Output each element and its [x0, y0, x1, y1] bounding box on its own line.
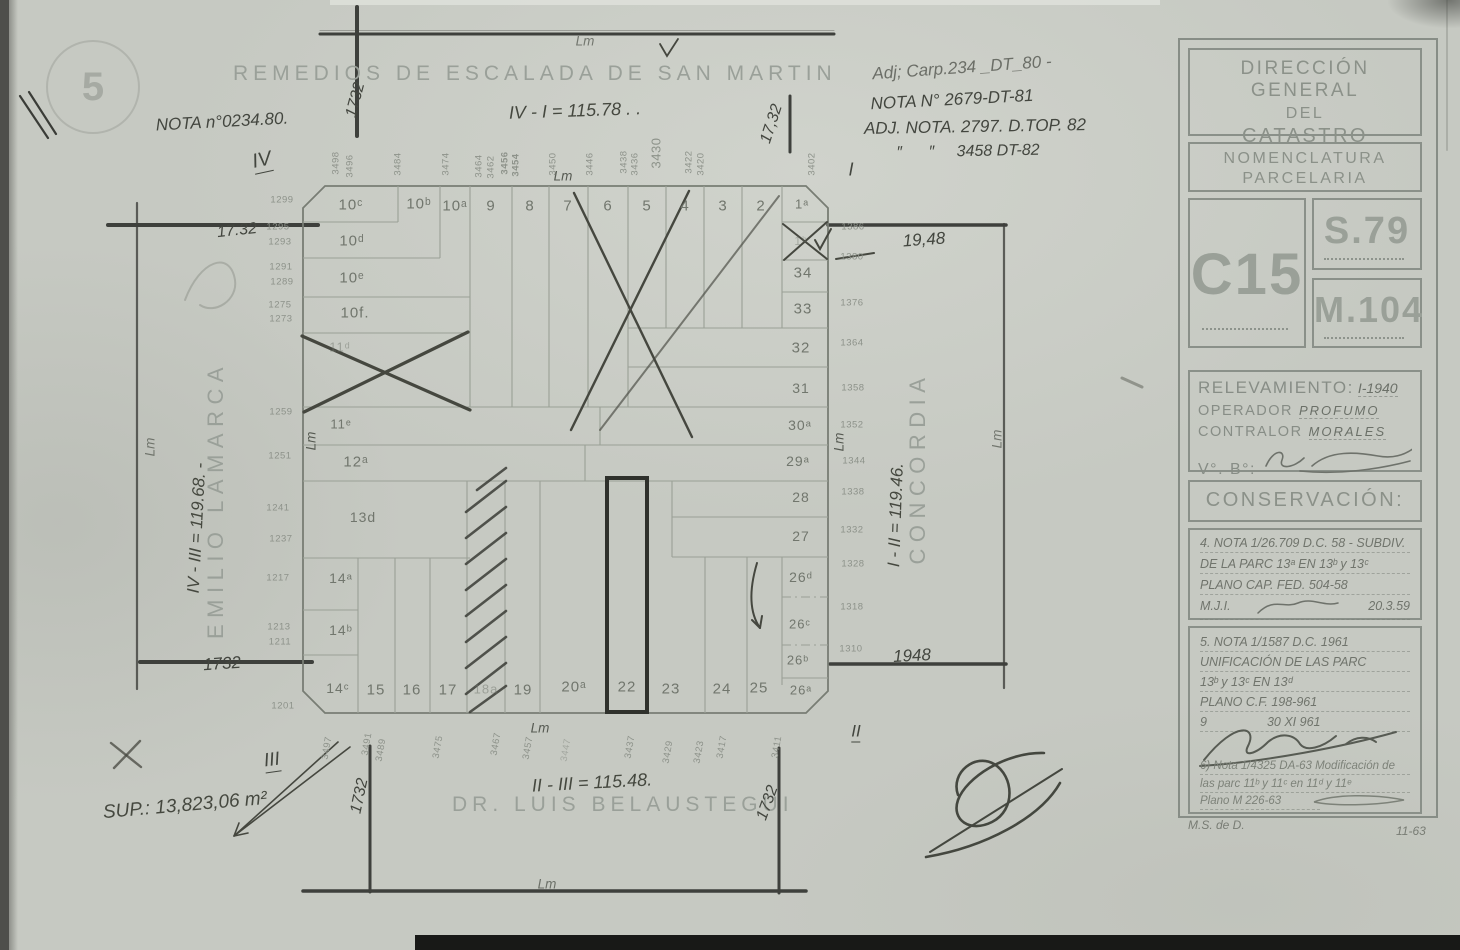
panel-subheader-line2: PARCELARIA [1190, 170, 1420, 188]
lm-label: Lm [538, 877, 557, 892]
contralor-label: CONTRALOR [1198, 424, 1303, 440]
conservacion-box: CONSERVACIÓN: [1188, 480, 1422, 522]
panel-header-line2: DEL [1190, 105, 1420, 123]
seccion-box: S.79 [1312, 198, 1422, 270]
panel-footer-left: M.S. de D. [1188, 818, 1245, 832]
note6-line3: Plano M 226-63 [1200, 795, 1320, 810]
dotted-line [1324, 337, 1404, 339]
panel-header-line1: DIRECCIÓN GENERAL [1190, 58, 1420, 102]
relevamiento-label: RELEVAMIENTO: [1198, 378, 1354, 398]
panel-header-box: DIRECCIÓN GENERAL DEL CATASTRO [1188, 48, 1422, 136]
scan-edge-left-fade [9, 0, 18, 950]
note6-line1: 6) Nota 1/4325 DA-63 Modificación de [1200, 760, 1410, 775]
scan-edge-left [0, 0, 9, 950]
operador-value: PROFUMO [1299, 403, 1379, 419]
lm-label: Lm [531, 721, 550, 736]
seccion-value: S.79 [1314, 212, 1420, 250]
contralor-value: MORALES [1309, 424, 1387, 440]
note4-line2: DE LA PARC 13ᵃ EN 13ᵇ y 13ᶜ [1200, 557, 1410, 574]
visto-bueno-label: V°. B°: [1198, 461, 1256, 479]
scan-edge-top [330, 0, 1160, 5]
panel-subheader-line1: NOMENCLATURA [1190, 150, 1420, 168]
note5-line3: 13ᵇ y 13ᶜ EN 13ᵈ [1200, 675, 1410, 692]
note4-line1: 4. NOTA 1/26.709 D.C. 58 - SUBDIV. [1200, 536, 1410, 553]
lm-label: Lm [304, 432, 319, 451]
manzana-value: M.104 [1314, 292, 1420, 328]
visto-bueno-signature [1260, 444, 1412, 474]
title-block-panel: DIRECCIÓN GENERAL DEL CATASTRO NOMENCLAT… [1178, 38, 1438, 818]
relevamiento-box: RELEVAMIENTO: I-1940 OPERADOR PROFUMO CO… [1188, 370, 1422, 472]
circunscripcion-box: C15 [1188, 198, 1306, 348]
note6-line2: las parc 11ᵇ y 11ᶜ en 11ᵈ y 11ᵉ [1200, 778, 1410, 793]
panel-footer-right: 11-63 [1396, 824, 1426, 838]
note5-line4: PLANO C.F. 198-961 [1200, 695, 1410, 712]
lm-label: Lm [143, 438, 158, 457]
panel-subheader-box: NOMENCLATURA PARCELARIA [1188, 142, 1422, 192]
lm-label: Lm [554, 169, 573, 184]
conservacion-label: CONSERVACIÓN: [1190, 489, 1420, 512]
lm-label: Lm [990, 430, 1005, 449]
lm-label: Lm [832, 433, 847, 452]
dotted-line [1202, 328, 1288, 330]
relevamiento-value: I-1940 [1358, 380, 1398, 397]
lm-label: Lm [576, 34, 595, 49]
note4-signature [1254, 599, 1344, 617]
note4-line4: M.J.I. 20.3.59 [1200, 599, 1410, 620]
note4-initials: M.J.I. [1200, 599, 1231, 617]
conservation-note4-box: 4. NOTA 1/26.709 D.C. 58 - SUBDIV. DE LA… [1188, 528, 1422, 620]
note4-line3: PLANO CAP. FED. 504-58 [1200, 578, 1410, 595]
dotted-line [1324, 258, 1404, 260]
note4-date: 20.3.59 [1368, 599, 1410, 617]
scan-corner-shadow [1388, 0, 1460, 28]
circunscripcion-value: C15 [1190, 246, 1304, 304]
note6-scribble [1308, 792, 1418, 808]
conservation-note5-box: 5. NOTA 1/1587 D.C. 1961 UNIFICACIÓN DE … [1188, 626, 1422, 814]
manzana-box: M.104 [1312, 278, 1422, 348]
note5-line2: UNIFICACIÓN DE LAS PARC [1200, 655, 1410, 672]
scanned-cadastral-sheet: 5 REMEDIOS DE ESCALADA DE SAN MARTIN EMI… [0, 0, 1460, 950]
note5-line1: 5. NOTA 1/1587 D.C. 1961 [1200, 635, 1410, 652]
operador-label: OPERADOR [1198, 403, 1293, 419]
scan-edge-bottom [415, 935, 1460, 950]
